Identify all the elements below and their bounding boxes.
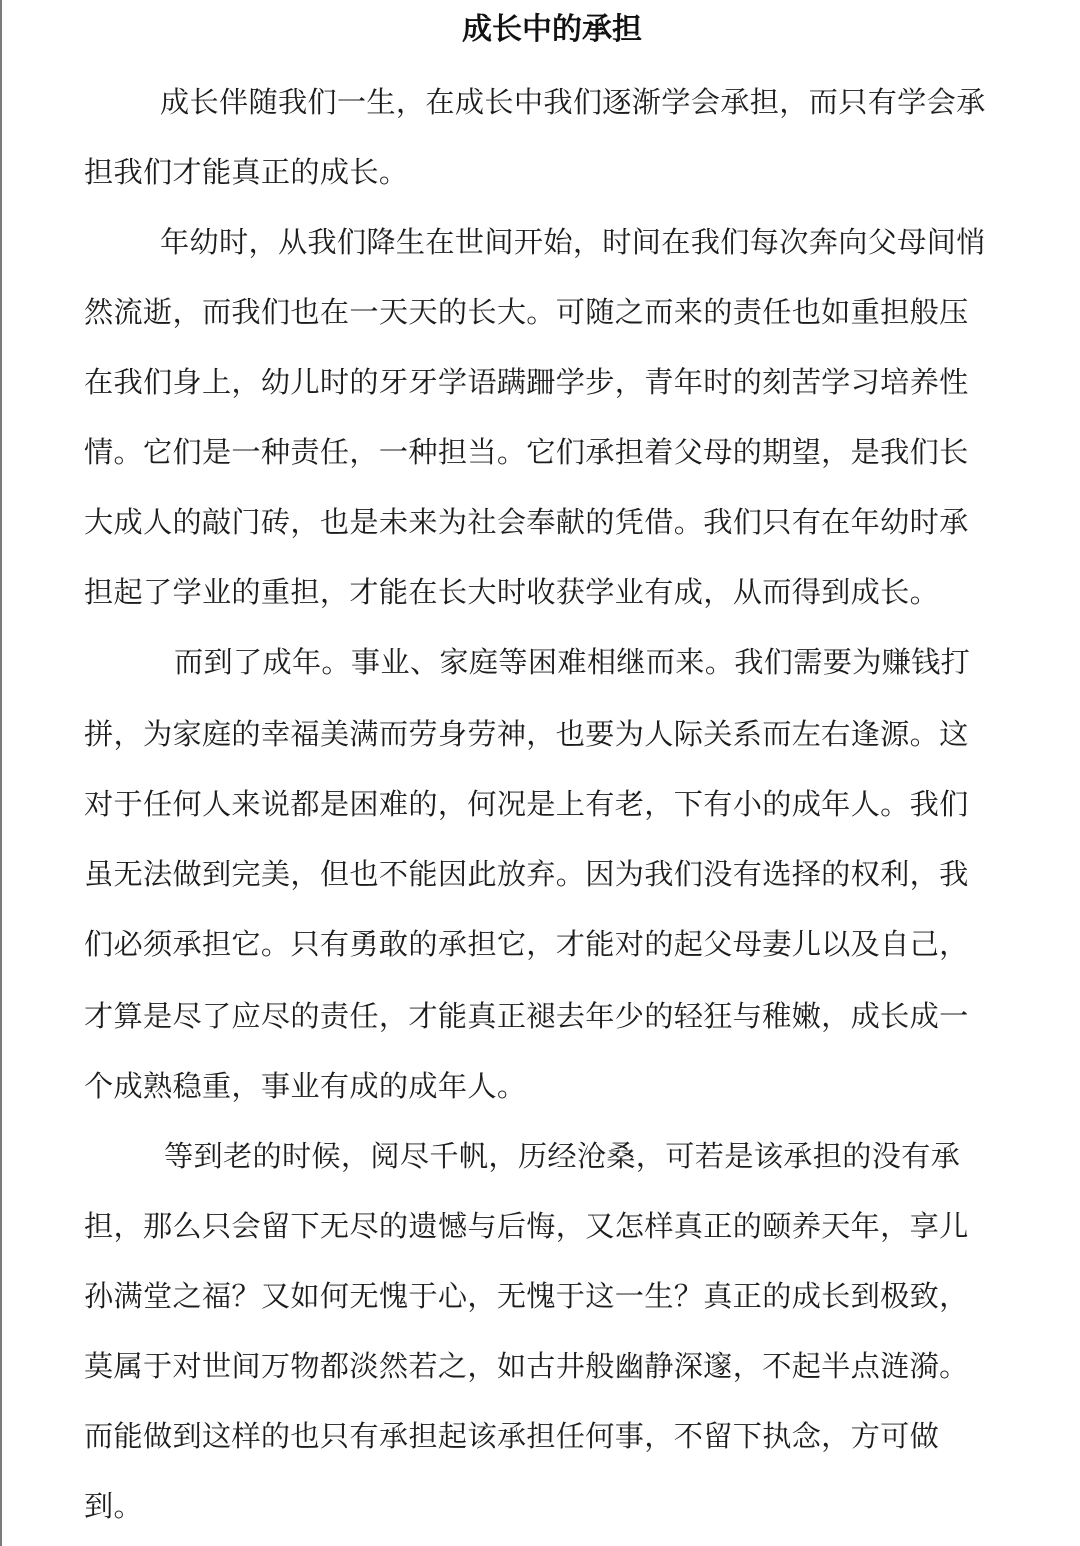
paragraph-3-line-2: 拼，为家庭的幸福美满而劳身劳神，也要为人际关系而左右逢源。这	[84, 714, 969, 754]
paragraph-2-line-4: 情。它们是一种责任，一种担当。它们承担着父母的期望，是我们长	[84, 432, 969, 472]
paragraph-2-line-3: 在我们身上，幼儿时的牙牙学语蹒跚学步，青年时的刻苦学习培养性	[84, 362, 969, 402]
document-title: 成长中的承担	[84, 10, 1020, 50]
paragraph-2-line-1: 年幼时，从我们降生在世间开始，时间在我们每次奔向父母间悄	[160, 222, 986, 262]
paragraph-3-line-3: 对于任何人来说都是困难的，何况是上有老，下有小的成年人。我们	[84, 784, 969, 824]
paragraph-3-line-1: 而到了成年。事业、家庭等困难相继而来。我们需要为赚钱打	[174, 642, 970, 682]
paragraph-3-line-5: 们必须承担它。只有勇敢的承担它，才能对的起父母妻儿以及自己，	[84, 924, 969, 964]
paragraph-3-line-7: 个成熟稳重，事业有成的成年人。	[84, 1066, 526, 1106]
paragraph-4-line-5: 而能做到这样的也只有承担起该承担任何事，不留下执念，方可做	[84, 1416, 939, 1456]
paragraph-3-line-6: 才算是尽了应尽的责任，才能真正褪去年少的轻狂与稚嫩，成长成一	[84, 996, 969, 1036]
paragraph-4-line-2: 担，那么只会留下无尽的遗憾与后悔，又怎样真正的颐养天年，享儿	[84, 1206, 969, 1246]
paragraph-4-line-6: 到。	[84, 1486, 143, 1526]
paragraph-1-line-2: 担我们才能真正的成长。	[84, 152, 408, 192]
page-left-border	[0, 0, 2, 1546]
paragraph-4-line-3: 孙满堂之福？又如何无愧于心，无愧于这一生？真正的成长到极致，	[84, 1276, 969, 1316]
paragraph-2-line-2: 然流逝，而我们也在一天天的长大。可随之而来的责任也如重担般压	[84, 292, 969, 332]
paragraph-3-line-4: 虽无法做到完美，但也不能因此放弃。因为我们没有选择的权利，我	[84, 854, 969, 894]
paragraph-2-line-5: 大成人的敲门砖，也是未来为社会奉献的凭借。我们只有在年幼时承	[84, 502, 969, 542]
paragraph-4-line-4: 莫属于对世间万物都淡然若之，如古井般幽静深邃，不起半点涟漪。	[84, 1346, 969, 1386]
paragraph-2-line-6: 担起了学业的重担，才能在长大时收获学业有成，从而得到成长。	[84, 572, 939, 612]
paragraph-1-line-1: 成长伴随我们一生，在成长中我们逐渐学会承担，而只有学会承	[160, 82, 986, 122]
paragraph-4-line-1: 等到老的时候，阅尽千帆，历经沧桑，可若是该承担的没有承	[164, 1136, 960, 1176]
